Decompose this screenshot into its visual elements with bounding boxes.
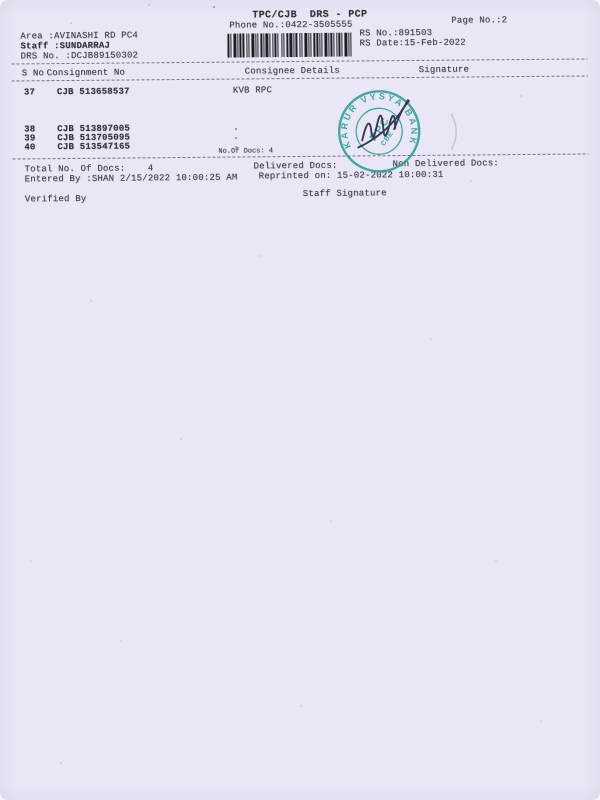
rs-no-line: RS No.:891503 [359,28,432,39]
entered-by-line: Entered By :SHAN 2/15/2022 10:00:25 AM [25,173,238,185]
separator-line [12,153,588,159]
page-number: Page No.:2 [451,15,507,25]
table-row: 37 CJB 513658537 KVB RPC [0,82,600,87]
document-content: TPC/CJB DRS - PCP Phone No.:0422-3505555… [0,0,600,800]
row-s-no: 37 [24,87,35,97]
drs-no-line: DRS No. :DCJB89150302 [20,50,138,61]
staff-signature-label: Staff Signature [303,188,387,199]
rs-date-line: RS Date:15-Feb-2022 [359,38,466,49]
no-of-docs-label: No.Of Docs: 4 [218,147,273,155]
scanned-delivery-report: TPC/CJB DRS - PCP Phone No.:0422-3505555… [0,0,600,800]
column-header-consignment: Consignment No [47,68,126,79]
column-header-consignee: Consignee Details [245,66,340,77]
table-row: 38 CJB 513897005 . [0,119,600,124]
signature-scribble [344,94,440,157]
row-consignee: KVB RPC [233,85,272,95]
verified-by-label: Verified By [25,194,87,205]
area-line: Area :AVINASHI RD PC4 [20,30,138,41]
row-consignment-no: CJB 513658537 [57,86,130,97]
ghost-stamp-mark [448,111,464,153]
phone-number: Phone No.:0422-3505555 [229,20,352,31]
column-header-signature: Signature [419,65,470,75]
row-consignment-no: CJB 513547165 [57,141,130,152]
row-s-no: 40 [24,142,35,152]
column-header-s-no: S No [22,68,44,78]
barcode [227,33,355,58]
